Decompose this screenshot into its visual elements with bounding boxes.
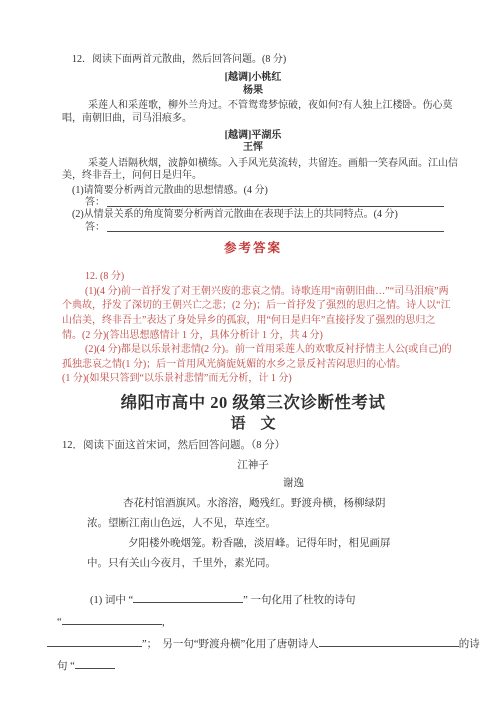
fill-q-text: ” 一句化用了杜牧的诗句 [243, 595, 355, 606]
fill-blank [47, 637, 142, 647]
answer-label: 答： [62, 222, 105, 234]
poem1-line: 采莲人和采莲歌，柳外兰舟过。不管鸳鸯梦惊破，夜如何?有人独上江楼卧。伤心莫 [62, 100, 444, 112]
answer-label: 答： [62, 197, 105, 209]
poem2-tune-title: [越调]平湖乐 [62, 130, 444, 142]
fill-question-line-1: (1) 词中 “” 一句化用了杜牧的诗句 [62, 590, 444, 612]
fill-q-text: ， [162, 617, 173, 628]
exam-title: 绵阳市高中 20 级第三次诊断性考试 [62, 394, 444, 412]
question-12-intro: 12．阅读下面两首元散曲，然后回答问题。(8 分) [62, 54, 444, 66]
answer-key-paragraph-line: 情。(2 分)(答出思想感情计 1 分，具体分析计 1 分，共 4 分) [62, 329, 444, 344]
poem1-line: 唱，南朝旧曲，司马泪痕多。 [62, 113, 444, 125]
page-content: 12．阅读下面两首元散曲，然后回答问题。(8 分) [越调]小桃红 杨果 采莲人… [0, 0, 500, 678]
poem1-tune-title: [越调]小桃红 [62, 72, 444, 84]
answer-blank-line [107, 206, 444, 207]
fill-blank [75, 659, 115, 669]
fill-q-text: 句 “ [57, 661, 75, 672]
fill-blank [62, 615, 162, 625]
document-page: 12．阅读下面两首元散曲，然后回答问题。(8 分) [越调]小桃红 杨果 采莲人… [0, 0, 500, 707]
ci-title: 江神子 [62, 458, 444, 474]
answer-key-paragraph-line: (1)(4 分)前一首抒发了对王朝兴废的悲哀之情。诗歌连用“南朝旧曲…”“司马泪… [62, 285, 444, 300]
ci-line: 中。只有关山今夜月，千里外，素光同。 [62, 554, 444, 574]
sub-question-1: (1)请简要分析两首元散曲的思想情感。(4 分) [62, 185, 444, 197]
fill-question-line-3: ”； 另一句“野渡舟横”化用了唐朝诗人的诗 [47, 634, 444, 656]
question-12-intro-2: 12．阅读下面这首宋词，然后回答问题。（8 分） [62, 439, 444, 453]
answer-key-heading: 参考答案 [62, 241, 444, 256]
answer-blank-row: 答： [62, 222, 444, 234]
ci-line: 杏花村馆酒旗风。水溶溶，飏残红。野渡舟横，杨柳绿阴 [62, 494, 444, 514]
answer-key-paragraph-line: 孤独悲哀之情(1 分)；后一首用风光旖旎妩媚的水乡之景反衬苦闷思归的心情。 [62, 358, 444, 373]
fill-q-text: (1) 词中 “ [90, 595, 133, 606]
fill-blank [319, 637, 459, 647]
ci-author: 谢逸 [62, 474, 444, 494]
fill-question-line-4: 句 “ [57, 656, 444, 678]
answer-blank-row: 答： [62, 197, 444, 209]
fill-q-text: 的诗 [459, 639, 480, 650]
poem2-line: 美，终非吾土，问何日是归年。 [62, 170, 444, 182]
fill-blank [133, 593, 243, 603]
answer-key-paragraph-line: 个典故，抒发了深切的王朝兴亡之悲；(2 分)；后一首抒发了强烈的思归之情。诗人以… [62, 299, 444, 314]
sub-question-2: (2)从情景关系的角度简要分析两首元散曲在表现手法上的共同特点。(4 分) [62, 209, 444, 221]
poem2-author: 王恽 [62, 142, 444, 154]
ci-line: 夕阳楼外晚烟笼。粉香融，淡眉峰。记得年时，相见画屏 [62, 534, 444, 554]
answer-key-paragraph-line: 山信美，终非吾土”表达了身处异乡的孤寂，用“何日是归年”直接抒发了强烈的思归之 [62, 314, 444, 329]
poem2-line: 采菱人语隔秋烟，波静如横练。入手风光莫流转，共留连。画船一笑春风面。江山信 [62, 158, 444, 170]
exam-subject: 语 文 [62, 415, 444, 433]
poem1-author: 杨果 [62, 85, 444, 97]
ci-line: 浓。望断江南山色远，人不见，草连空。 [62, 514, 444, 534]
fill-q-text: ”； 另一句“野渡舟横”化用了唐朝诗人 [142, 639, 319, 650]
answer-blank-line [107, 231, 444, 232]
answer-key-paragraph-line: (1 分)(如果只答到“以乐景衬悲情”而无分析，计 1 分) [62, 372, 444, 387]
answer-key-paragraph-line: (2)(4 分)都是以乐景衬悲情(2 分)。前一首用采莲人的欢歌反衬抒情主人公(… [62, 343, 444, 358]
fill-question-line-2: “， [57, 612, 444, 634]
answer-key-item-number: 12. (8 分) [62, 270, 444, 285]
